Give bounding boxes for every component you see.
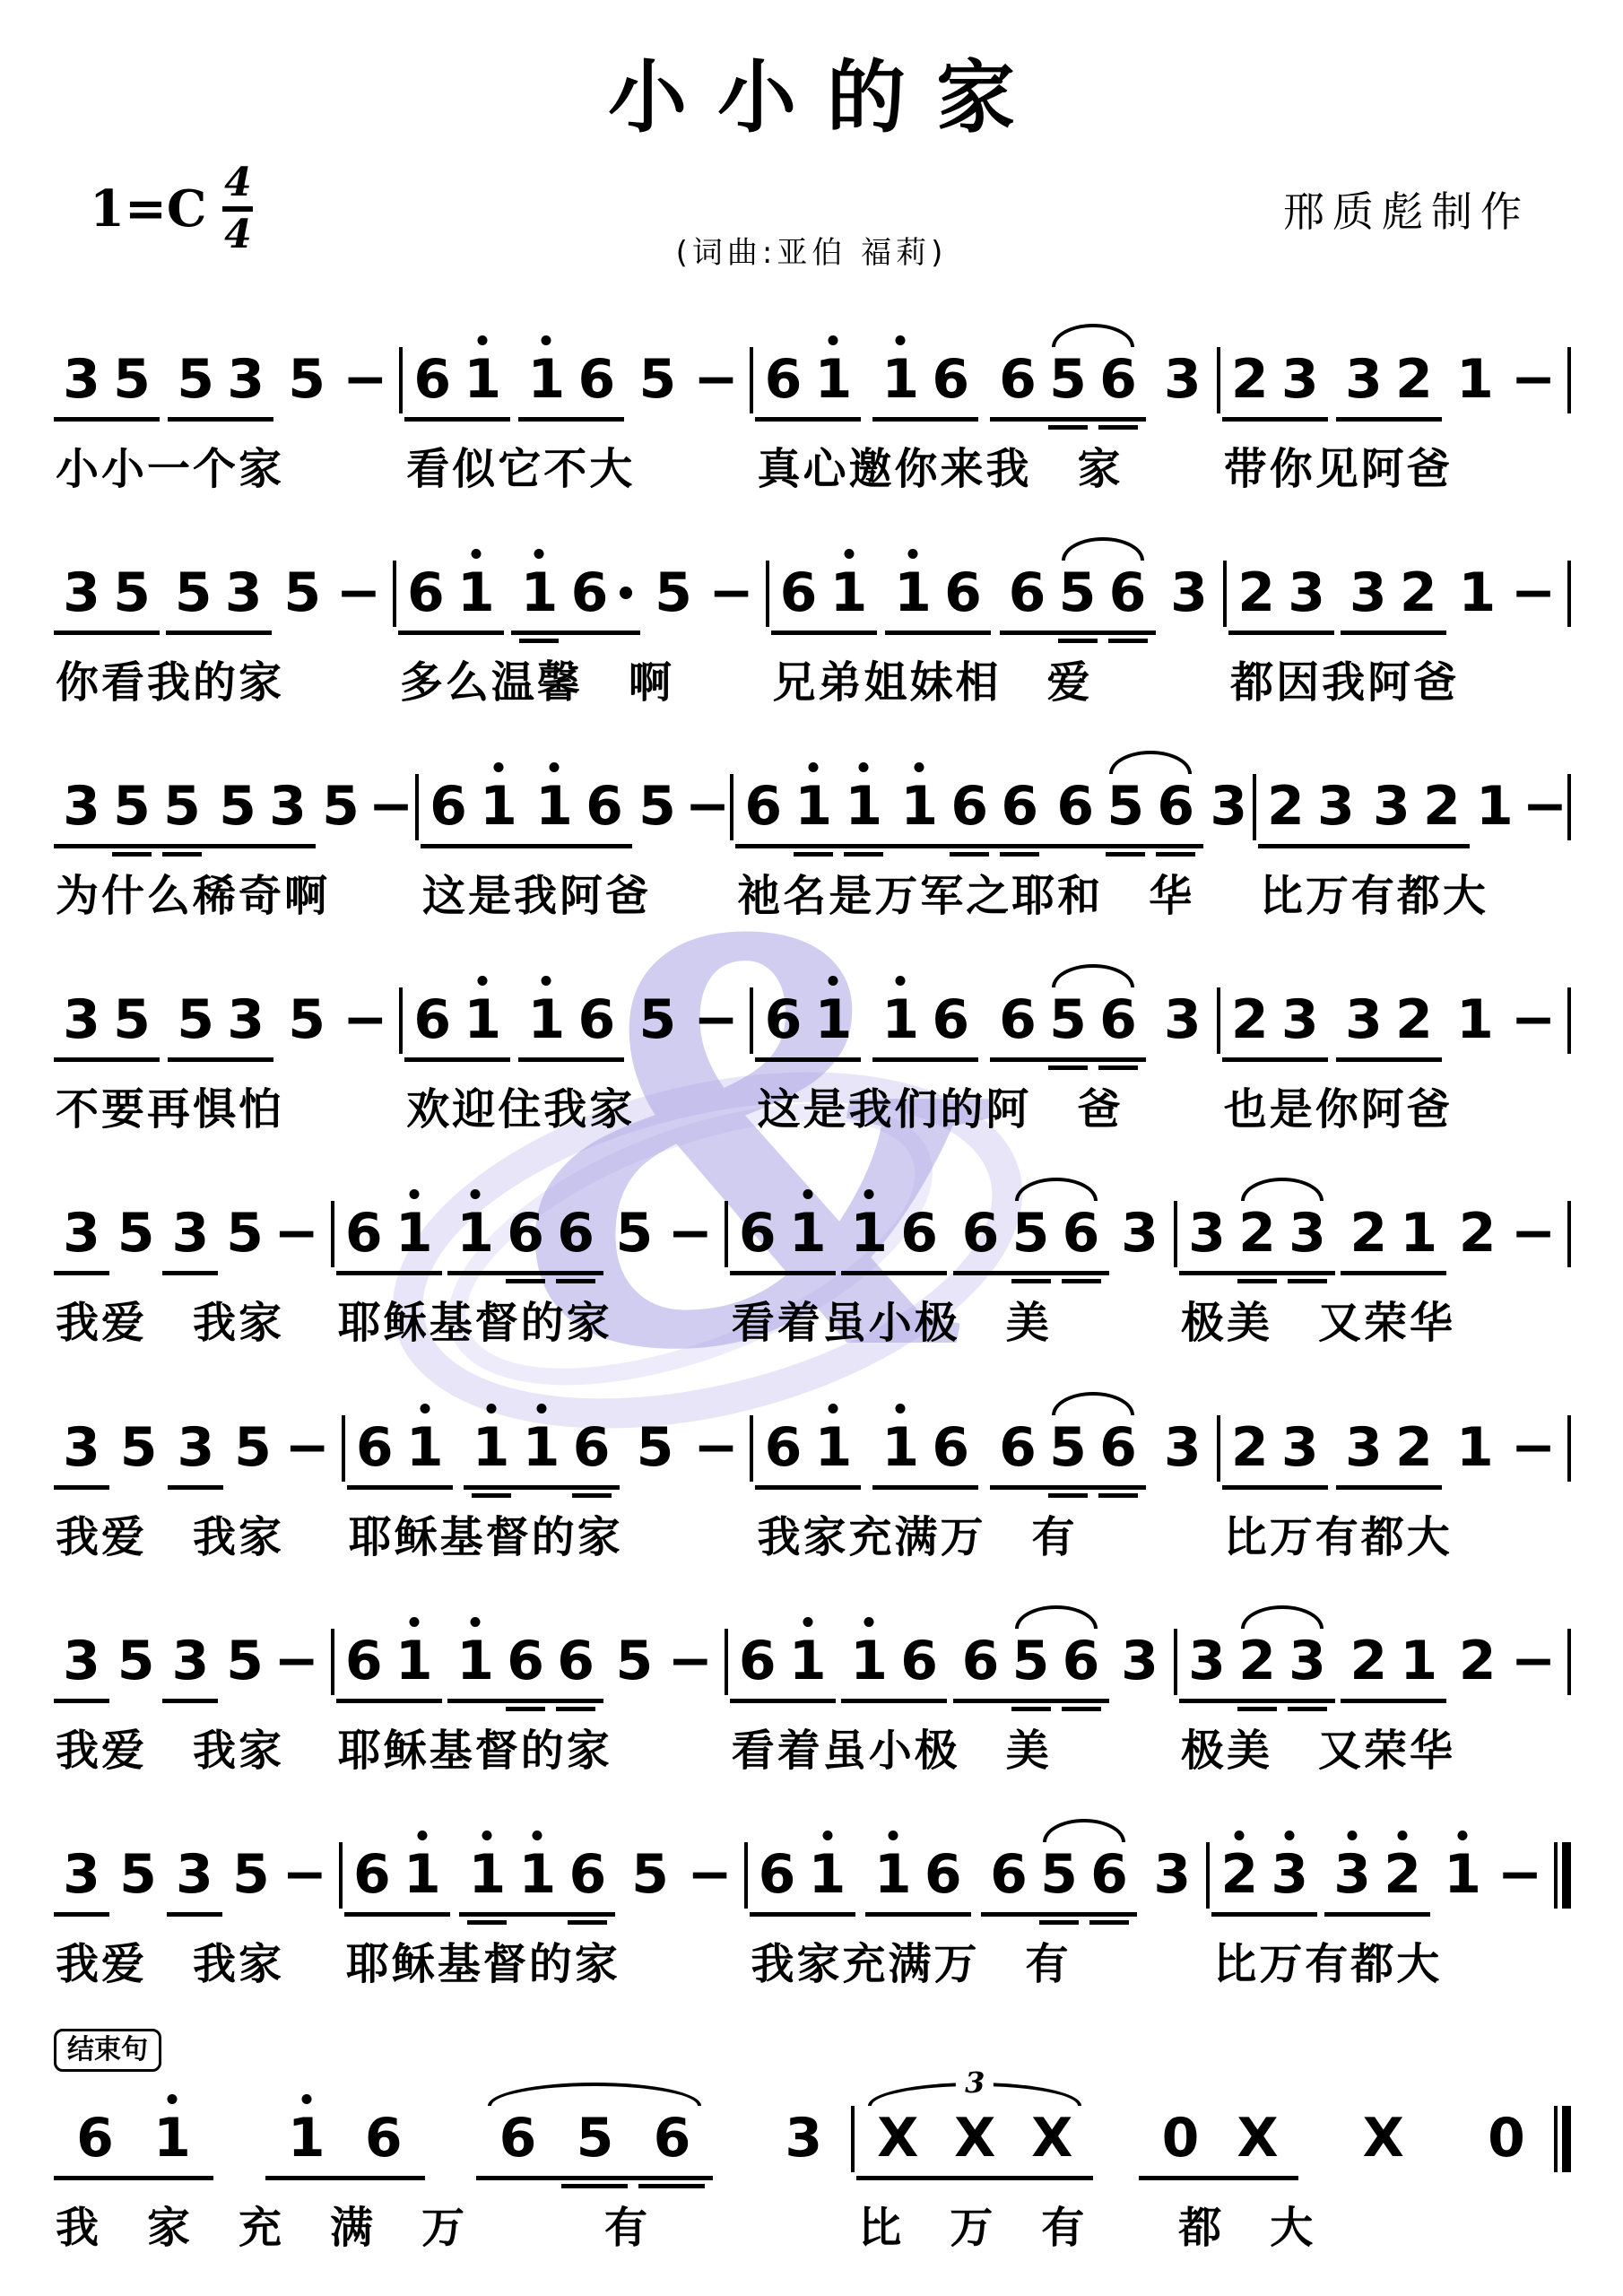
note: 1 xyxy=(462,1846,512,1903)
note-group: − xyxy=(1508,1205,1558,1262)
note: 0 xyxy=(1468,2109,1545,2167)
note: 1 xyxy=(894,778,944,835)
lyric-line: 耶稣基督的家 xyxy=(345,1513,751,1562)
note: 6 xyxy=(938,564,988,622)
lyric-line: 比万有都大 xyxy=(1256,872,1567,921)
lyric-line: 我家充满万 有 xyxy=(753,1513,1216,1562)
key-signature: 1=C 4 4 xyxy=(90,163,253,255)
measure: 23321−都因我阿爸 xyxy=(1227,534,1567,708)
note-group: 656 xyxy=(990,1419,1146,1490)
note-group: 116 xyxy=(459,1846,615,1917)
note: 1 xyxy=(521,351,571,408)
note-group: 61 xyxy=(755,991,861,1062)
note: 3 xyxy=(1343,564,1393,622)
measure-notes: 61166563 xyxy=(748,1815,1207,1917)
note-group: 61 xyxy=(347,1419,453,1490)
note: 6 xyxy=(925,1419,976,1476)
measure-notes: 61166563 xyxy=(769,534,1224,635)
measure: 23321−比万有都大 xyxy=(1210,1815,1554,1989)
note: 1 xyxy=(808,1419,858,1476)
note-group: 3 xyxy=(162,1205,218,1275)
measure-notes: 61166563 xyxy=(753,961,1216,1062)
note-group: 1 xyxy=(1470,778,1520,835)
note-group: 32 xyxy=(1336,1419,1442,1490)
note: 3 xyxy=(1158,1419,1208,1476)
note: 3 xyxy=(56,991,107,1048)
note: 2 xyxy=(1225,1419,1275,1476)
note: − xyxy=(272,1632,322,1690)
note-group: 16 xyxy=(885,564,991,635)
note-group: 656 xyxy=(981,1846,1137,1917)
note: 1 xyxy=(838,778,889,835)
note-group: 3 xyxy=(1203,778,1254,835)
ending-phrase-label: 结束句 xyxy=(54,2029,161,2072)
note: − xyxy=(685,1846,735,1903)
measure-notes: 323212− xyxy=(1177,1174,1567,1275)
note: 2 xyxy=(1453,1632,1503,1690)
note: 3 xyxy=(170,1419,221,1476)
note-group: 23 xyxy=(1222,1419,1328,1490)
measure-notes: 61166563 xyxy=(52,2079,851,2180)
note: 6 xyxy=(571,991,621,1048)
note: 6 xyxy=(633,2109,710,2167)
note-group: 23 xyxy=(1222,991,1328,1062)
measure-notes: 61166563 xyxy=(728,1174,1174,1275)
note: − xyxy=(1508,1419,1558,1476)
note-group: 23 xyxy=(1222,351,1328,422)
note: 6 xyxy=(567,1419,617,1476)
note: 1 xyxy=(389,1205,439,1262)
measure-notes: 35535− xyxy=(52,534,393,635)
note-group: 166 xyxy=(447,1205,603,1275)
note: 3 xyxy=(1203,778,1254,835)
note: 6 xyxy=(1056,1205,1107,1262)
note-group: 3 xyxy=(54,1419,109,1490)
note: 1 xyxy=(875,351,925,408)
note: 6 xyxy=(925,991,976,1048)
note: 6 xyxy=(571,351,621,408)
measure-notes: 3535− xyxy=(52,1815,339,1917)
lyric-line: 欢迎住我家 xyxy=(403,1085,750,1135)
note: 3 xyxy=(56,351,107,408)
note-group: − xyxy=(690,351,741,408)
note: 2 xyxy=(1231,564,1281,622)
note: 3 xyxy=(1275,351,1325,408)
lyric-line: 看着虽小极 美 xyxy=(728,1726,1174,1776)
note: − xyxy=(340,991,390,1048)
score-line: 35535−你看我的家61165−多么温馨 啊61166563兄弟姐妹相 爱23… xyxy=(52,534,1571,708)
note-group: 5 xyxy=(220,1205,270,1262)
note-group: 61 xyxy=(336,1205,442,1275)
measure-notes: 61166563 xyxy=(753,320,1216,422)
note: 3 xyxy=(1164,564,1214,622)
note: 3 xyxy=(1367,778,1417,835)
note: 6 xyxy=(479,2109,556,2167)
note: X xyxy=(1013,2109,1090,2167)
measures-row: 3535−我爱 我家611165−耶稣基督的家61166563我家充满万 有23… xyxy=(52,1388,1571,1562)
note: 1 xyxy=(875,991,925,1048)
note: 3 xyxy=(165,1205,215,1262)
note: 3 xyxy=(1182,1632,1232,1690)
meter-beats: 4 xyxy=(224,163,252,203)
note-group: 61 xyxy=(404,991,510,1062)
note-group: X xyxy=(1345,2109,1422,2167)
note: 6 xyxy=(993,351,1043,408)
measure-notes: 61166563 xyxy=(753,1388,1216,1490)
note: 1 xyxy=(875,1419,925,1476)
measure-notes: 35535− xyxy=(52,320,399,422)
note: 1 xyxy=(888,564,938,622)
meter-unit: 4 xyxy=(224,215,252,255)
note-group: 16 xyxy=(511,564,640,635)
measures-row: 355535−为什么稀奇啊61165−这是我阿爸6111666563祂名是万军之… xyxy=(52,747,1571,921)
note: 3 xyxy=(56,1205,107,1262)
lyric-line: 极美 又荣华 xyxy=(1177,1299,1567,1348)
measure-notes: 23321− xyxy=(1220,961,1567,1062)
note: 3 xyxy=(56,778,107,835)
note: 6 xyxy=(1050,778,1100,835)
note: 1 xyxy=(1393,1632,1444,1690)
augmentation-dot xyxy=(614,564,638,622)
note: 5 xyxy=(113,1846,163,1903)
note: 5 xyxy=(220,1632,270,1690)
note: 1 xyxy=(529,778,579,835)
note-group: 53 xyxy=(168,351,273,422)
lyric-line: 我爱 我家 xyxy=(52,1940,339,1989)
note: 5 xyxy=(277,564,327,622)
barline xyxy=(1567,347,1571,413)
note: 5 xyxy=(170,991,221,1048)
note-group: 5 xyxy=(228,1419,278,1476)
note: 6 xyxy=(993,1419,1043,1476)
note-group: 23 xyxy=(1258,778,1364,848)
measure: 61166563看着虽小极 美 xyxy=(728,1602,1174,1776)
note: 1 xyxy=(808,351,858,408)
note: 1 xyxy=(824,564,874,622)
note: 1 xyxy=(808,991,858,1048)
note: 5 xyxy=(1006,1205,1056,1262)
measure: 3535−我爱 我家 xyxy=(52,1602,331,1776)
note: 1 xyxy=(1450,351,1500,408)
note: 1 xyxy=(457,991,508,1048)
measure-notes: 23321− xyxy=(1220,320,1567,422)
note: 6 xyxy=(956,1632,1006,1690)
note: 3 xyxy=(1282,1632,1332,1690)
measure: 355535−为什么稀奇啊 xyxy=(52,747,415,921)
measure: 611665−耶稣基督的家 xyxy=(334,1174,725,1348)
final-barline xyxy=(1554,1842,1571,1909)
note-group: 61 xyxy=(336,1632,442,1703)
note: − xyxy=(1508,1632,1558,1690)
note-group: 5 xyxy=(632,351,682,408)
note-group: 21 xyxy=(1341,1205,1446,1275)
note-group: 32 xyxy=(1341,564,1446,635)
note-group: 16 xyxy=(872,351,978,422)
score-line: 3535−我爱 我家611165−耶稣基督的家61166563我家充满万 有23… xyxy=(52,1388,1571,1562)
note: 5 xyxy=(114,1419,164,1476)
note: − xyxy=(690,351,741,408)
note: 1 xyxy=(521,991,571,1048)
note: X xyxy=(859,2109,936,2167)
note: − xyxy=(282,1419,333,1476)
lyric-line: 比万有都大 xyxy=(1220,1513,1567,1562)
note: 5 xyxy=(1043,1419,1093,1476)
note-group: 61 xyxy=(750,1846,855,1917)
note-group: 23 xyxy=(1228,564,1334,635)
note-group: − xyxy=(665,1632,716,1690)
note-group: − xyxy=(334,564,384,622)
note-group: − xyxy=(280,1846,330,1903)
note-group: 53 xyxy=(168,991,273,1062)
lyric-line: 耶稣基督的家 xyxy=(334,1299,725,1348)
note-group: − xyxy=(272,1632,322,1690)
measure-notes: 61166563 xyxy=(728,1602,1174,1703)
note: 5 xyxy=(107,564,157,622)
note: 6 xyxy=(1093,351,1143,408)
note: − xyxy=(690,991,741,1048)
note: 3 xyxy=(1282,1205,1332,1262)
triplet-label: 3 xyxy=(956,2068,994,2097)
note-group: 35 xyxy=(54,564,160,635)
sheet-music-page: & 小小的家 1=C 4 4 邢质彪制作 (词曲:亚伯 福莉) 35535−小小… xyxy=(0,0,1623,2296)
note-group: 16 xyxy=(872,991,978,1062)
note: 1 xyxy=(512,1846,562,1903)
note: 6 xyxy=(1150,778,1201,835)
note-group: 32 xyxy=(1336,351,1442,422)
note: 2 xyxy=(1393,564,1444,622)
note: 5 xyxy=(282,991,332,1048)
note-group: 32 xyxy=(1336,991,1442,1062)
note-group: 656 xyxy=(953,1205,1109,1275)
note: 6 xyxy=(994,778,1045,835)
note-group: 3 xyxy=(54,1205,109,1275)
measures-row: 35535−小小一个家61165−看似它不大61166563真心邀你来我 家23… xyxy=(52,320,1571,494)
slur-arc: 656 xyxy=(479,2109,710,2167)
note: 1 xyxy=(1437,1846,1488,1903)
slur-arc: 56 xyxy=(1043,351,1143,408)
slur-arc: 23 xyxy=(1232,1632,1332,1690)
note: 5 xyxy=(1034,1846,1084,1903)
note: 1 xyxy=(134,2109,211,2167)
note: 6 xyxy=(345,2109,422,2167)
note-group: 3 xyxy=(1164,564,1214,622)
measure-notes: 61165− xyxy=(396,534,766,635)
note: 2 xyxy=(1225,991,1275,1048)
note-group: − xyxy=(1508,1632,1558,1690)
note: 5 xyxy=(282,351,332,408)
note-group: 16 xyxy=(872,1419,978,1490)
time-signature: 4 4 xyxy=(222,163,253,255)
note: 2 xyxy=(1389,351,1439,408)
note: 1 xyxy=(457,351,508,408)
measure: 61166563我家充满万 有 xyxy=(748,1815,1207,1989)
note-group: 3 xyxy=(765,2109,842,2167)
note-group: 656 xyxy=(476,2109,713,2180)
note-group: 5 xyxy=(226,1846,276,1903)
note: 6 xyxy=(407,351,457,408)
note: 2 xyxy=(1232,1632,1282,1690)
note-group: 61 xyxy=(730,1632,836,1703)
note: − xyxy=(340,351,390,408)
note: 6 xyxy=(339,1632,389,1690)
note-group: − xyxy=(282,1419,333,1476)
note-group: 3 xyxy=(162,1632,218,1703)
note: 6 xyxy=(894,1205,944,1262)
note-group: 5 xyxy=(625,1846,675,1903)
note: 6 xyxy=(918,1846,968,1903)
note: − xyxy=(280,1846,330,1903)
note-group: 35 xyxy=(54,991,160,1062)
note: 1 xyxy=(1450,1419,1500,1476)
measure-notes: 35535− xyxy=(52,961,399,1062)
barline xyxy=(1567,987,1571,1054)
lyric-line: 带你见阿爸 xyxy=(1220,445,1567,494)
note: 6 xyxy=(956,1205,1006,1262)
note: 5 xyxy=(220,1205,270,1262)
note-group: − xyxy=(690,991,741,1048)
note: 3 xyxy=(1158,351,1208,408)
note-group: − xyxy=(690,1419,741,1476)
measure-notes: 23321− xyxy=(1220,1388,1567,1490)
barline xyxy=(1567,1415,1571,1482)
note: X xyxy=(936,2109,1013,2167)
header: 小小的家 1=C 4 4 邢质彪制作 (词曲:亚伯 福莉) xyxy=(0,0,1623,272)
note: 1 xyxy=(868,1846,918,1903)
measure-notes: 61165− xyxy=(419,747,730,848)
note: 6 xyxy=(1056,1632,1107,1690)
note-group: 2 xyxy=(1453,1205,1503,1262)
score-line: 3535−我爱 我家611665−耶稣基督的家61166563看着虽小极 美32… xyxy=(52,1174,1571,1348)
note: 2 xyxy=(1389,991,1439,1048)
note: 6 xyxy=(1093,991,1143,1048)
measure-notes: 23321− xyxy=(1256,747,1567,848)
note: 5 xyxy=(632,778,682,835)
note: 3 xyxy=(1311,778,1361,835)
note: 5 xyxy=(609,1205,659,1262)
note-group: 61 xyxy=(404,351,510,422)
measure-notes: 23321− xyxy=(1227,534,1567,635)
measure: 3535−我爱 我家 xyxy=(52,1388,342,1562)
note: 5 xyxy=(213,778,263,835)
note-group: 1 xyxy=(1437,1846,1488,1903)
note-group: 3 xyxy=(1158,991,1208,1048)
note-group: 16 xyxy=(518,351,624,422)
note: 3 xyxy=(765,2109,842,2167)
measure: 611665−耶稣基督的家 xyxy=(334,1602,725,1776)
note: 1 xyxy=(268,2109,345,2167)
note: 5 xyxy=(111,1632,161,1690)
note-group: − xyxy=(1508,991,1558,1048)
lyric-line: 看着虽小极 美 xyxy=(728,1299,1174,1348)
note: 6 xyxy=(733,1205,783,1262)
note-group: 323 xyxy=(1179,1205,1335,1275)
note: − xyxy=(1508,991,1558,1048)
note: 5 xyxy=(648,564,699,622)
note: − xyxy=(1495,1846,1545,1903)
lyric-line: 我 家 充 满 万 有 xyxy=(52,2204,851,2253)
note: 5 xyxy=(107,351,157,408)
note-group: 1 xyxy=(1452,564,1502,622)
measure-notes: 61165− xyxy=(403,961,750,1062)
lyric-line: 不要再惧怕 xyxy=(52,1085,399,1135)
note-group: 61 xyxy=(771,564,877,635)
note: 6 xyxy=(925,351,976,408)
note: 6 xyxy=(551,1205,601,1262)
note: − xyxy=(682,778,733,835)
note: 2 xyxy=(1389,1419,1439,1476)
lyric-line: 真心邀你来我 家 xyxy=(753,445,1216,494)
note: 3 xyxy=(1147,1846,1197,1903)
note: 5 xyxy=(170,351,221,408)
measure: 35535−小小一个家 xyxy=(52,320,399,494)
lyric-line: 这是我阿爸 xyxy=(419,872,730,921)
note: 3 xyxy=(219,564,269,622)
measure: 3535−我爱 我家 xyxy=(52,1174,331,1348)
note: 6 xyxy=(1093,1419,1143,1476)
measure-notes: 3535− xyxy=(52,1174,331,1275)
note: 5 xyxy=(609,1632,659,1690)
lyric-line: 都因我阿爸 xyxy=(1227,658,1567,708)
note: 6 xyxy=(993,991,1043,1048)
note-group: 16 xyxy=(526,778,632,848)
score-line: 结束句61166563我 家 充 满 万 有3XXX0XX0比 万 有 都 大 xyxy=(52,2029,1571,2253)
measure-notes: 3XXX0XX0 xyxy=(855,2079,1554,2180)
note: 3 xyxy=(1264,1846,1315,1903)
measures-row: 3535−我爱 我家611665−耶稣基督的家61166563看着虽小极 美32… xyxy=(52,1602,1571,1776)
note: 3 xyxy=(169,1846,220,1903)
note: 6 xyxy=(500,1632,551,1690)
note: X xyxy=(1219,2109,1296,2167)
lyric-line: 祂名是万军之耶和 华 xyxy=(733,872,1253,921)
note-group: 16 xyxy=(841,1632,947,1703)
note: 1 xyxy=(1393,1205,1444,1262)
note: 1 xyxy=(803,1846,853,1903)
note-group: 3 xyxy=(167,1846,222,1917)
note: 3 xyxy=(1275,1419,1325,1476)
note: 6 xyxy=(984,1846,1034,1903)
note: 5 xyxy=(1043,991,1093,1048)
measure: 323212−极美 又荣华 xyxy=(1177,1174,1567,1348)
note: − xyxy=(366,778,416,835)
note-group: 656 xyxy=(990,351,1146,422)
note: 1 xyxy=(514,564,564,622)
note: 1 xyxy=(783,1632,833,1690)
note-group: 5 xyxy=(282,991,332,1048)
note-group: 5 xyxy=(282,351,332,408)
note: − xyxy=(706,564,756,622)
note: 3 xyxy=(56,564,107,622)
note: 2 xyxy=(1377,1846,1428,1903)
measure: 23321−比万有都大 xyxy=(1220,1388,1567,1562)
note-group: 32 xyxy=(1364,778,1470,848)
measure-notes: 355535− xyxy=(52,747,415,848)
measure: 3535−我爱 我家 xyxy=(52,1815,339,1989)
note-group: 5 xyxy=(648,564,699,622)
note: 1 xyxy=(844,1632,894,1690)
note: − xyxy=(690,1419,741,1476)
note: 6 xyxy=(347,1846,397,1903)
measure: 3XXX0XX0比 万 有 都 大 xyxy=(855,2079,1554,2253)
note: 1 xyxy=(451,564,501,622)
measure: 61165−多么温馨 啊 xyxy=(396,534,766,708)
score-line: 35535−不要再惧怕61165−欢迎住我家61166563这是我们的阿 爸23… xyxy=(52,961,1571,1135)
note: 1 xyxy=(516,1419,567,1476)
note: 1 xyxy=(1452,564,1502,622)
note: 3 xyxy=(56,1846,107,1903)
arranger-credit: 邢质彪制作 xyxy=(1283,179,1530,239)
note-group: 5 xyxy=(113,1846,163,1903)
note: 1 xyxy=(450,1205,500,1262)
